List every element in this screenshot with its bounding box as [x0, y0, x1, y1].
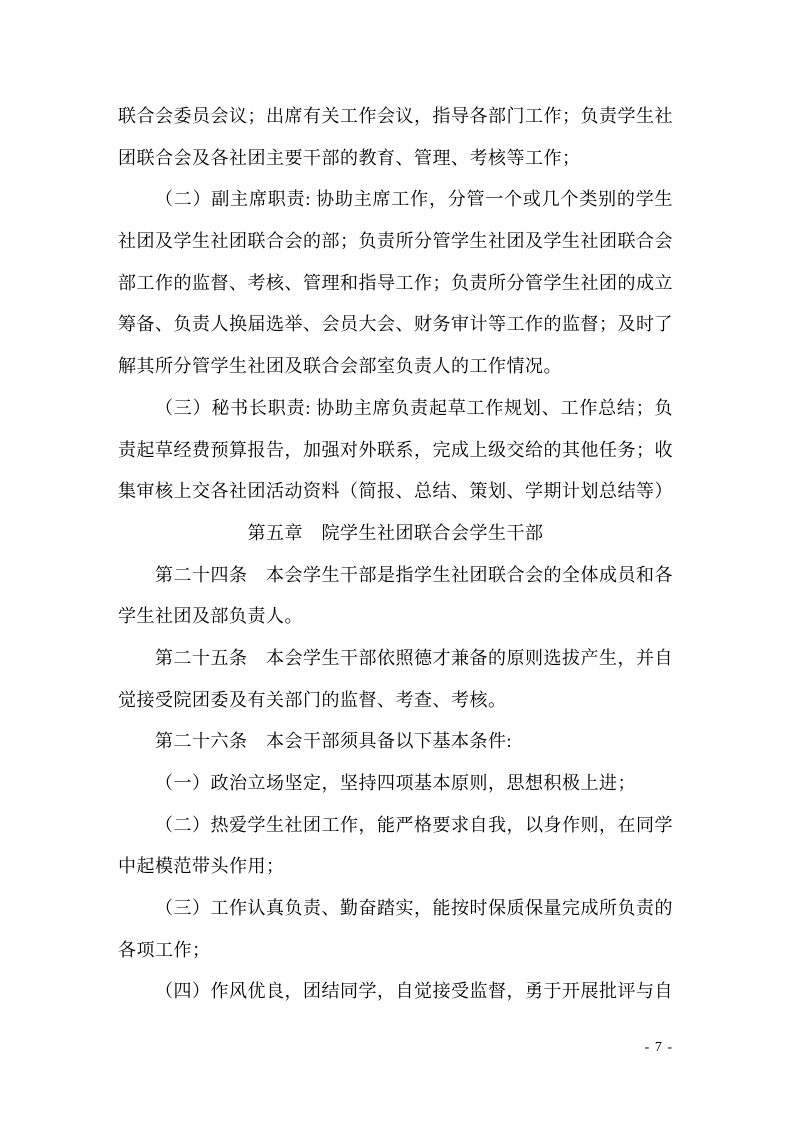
- text-line: 第二十六条 本会干部须具备以下基本条件:: [118, 721, 673, 763]
- document-page: { "colors": { "background": "#ffffff", "…: [0, 0, 793, 1122]
- text-line: （二）热爱学生社团工作，能严格要求自我，以身作则，在同学: [118, 805, 673, 847]
- text-line: 筹备、负责人换届选举、会员大会、财务审计等工作的监督；及时了: [118, 304, 673, 346]
- text-line: （三）秘书长职责: 协助主席负责起草工作规划、工作总结；负: [118, 388, 673, 430]
- text-line: （二）副主席职责: 协助主席工作，分管一个或几个类别的学生: [118, 179, 673, 221]
- text-line: 第二十四条 本会学生干部是指学生社团联合会的全体成员和各: [118, 555, 673, 597]
- text-line: （三）工作认真负责、勤奋踏实，能按时保质保量完成所负责的: [118, 888, 673, 930]
- chapter-heading: 第五章 院学生社团联合会学生干部: [118, 513, 673, 555]
- text-line: 各项工作；: [118, 930, 673, 972]
- text-line: （四）作风优良，团结同学，自觉接受监督，勇于开展批评与自: [118, 971, 673, 1013]
- text-line: 解其所分管学生社团及联合会部室负责人的工作情况。: [118, 346, 673, 388]
- document-body: 联合会委员会议；出席有关工作会议，指导各部门工作；负责学生社团联合会及各社团主要…: [118, 96, 673, 1013]
- text-line: 社团及学生社团联合会的部；负责所分管学生社团及学生社团联合会: [118, 221, 673, 263]
- text-line: 责起草经费预算报告，加强对外联系，完成上级交给的其他任务；收: [118, 430, 673, 472]
- text-line: 团联合会及各社团主要干部的教育、管理、考核等工作；: [118, 138, 673, 180]
- text-line: 部工作的监督、考核、管理和指导工作；负责所分管学生社团的成立: [118, 263, 673, 305]
- text-line: 第二十五条 本会学生干部依照德才兼备的原则选拔产生，并自: [118, 638, 673, 680]
- text-line: 中起模范带头作用；: [118, 846, 673, 888]
- text-line: （一）政治立场坚定，坚持四项基本原则，思想积极上进；: [118, 763, 673, 805]
- page-number: - 7 -: [645, 1039, 673, 1057]
- text-line: 学生社团及部负责人。: [118, 596, 673, 638]
- text-line: 集审核上交各社团活动资料（简报、总结、策划、学期计划总结等）: [118, 471, 673, 513]
- text-line: 联合会委员会议；出席有关工作会议，指导各部门工作；负责学生社: [118, 96, 673, 138]
- text-line: 觉接受院团委及有关部门的监督、考查、考核。: [118, 680, 673, 722]
